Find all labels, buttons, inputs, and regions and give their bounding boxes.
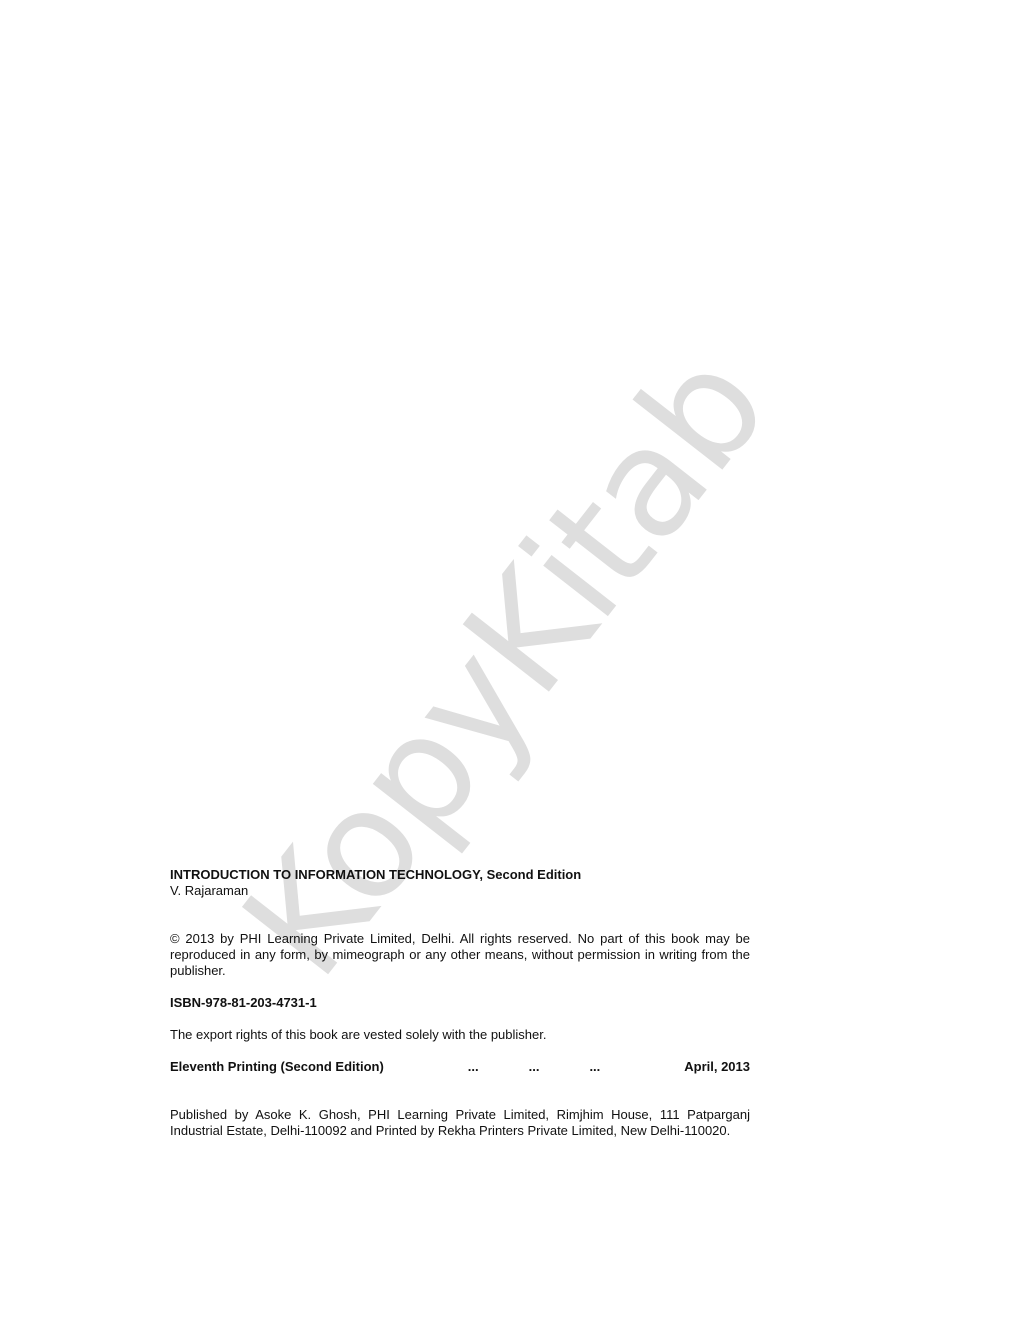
book-title: INTRODUCTION TO INFORMATION TECHNOLOGY, …	[170, 867, 750, 883]
book-title-main: INTRODUCTION TO INFORMATION TECHNOLOGY,	[170, 867, 483, 882]
copyright-notice: © 2013 by PHI Learning Private Limited, …	[170, 931, 750, 979]
book-edition: Second Edition	[487, 867, 582, 882]
publisher-info: Published by Asoke K. Ghosh, PHI Learnin…	[170, 1107, 750, 1139]
printing-date: April, 2013	[684, 1059, 750, 1075]
book-author: V. Rajaraman	[170, 883, 750, 899]
dots: ...	[529, 1059, 540, 1075]
dots: ...	[589, 1059, 600, 1075]
isbn: ISBN-978-81-203-4731-1	[170, 995, 750, 1011]
watermark: KopyKitab	[210, 322, 799, 1008]
dots: ...	[468, 1059, 479, 1075]
printing-dots: ... ... ...	[468, 1059, 601, 1075]
book-title-block: INTRODUCTION TO INFORMATION TECHNOLOGY, …	[170, 867, 750, 899]
export-rights: The export rights of this book are veste…	[170, 1027, 750, 1043]
printing-info: Eleventh Printing (Second Edition) ... .…	[170, 1059, 750, 1075]
printing-label: Eleventh Printing (Second Edition)	[170, 1059, 384, 1075]
